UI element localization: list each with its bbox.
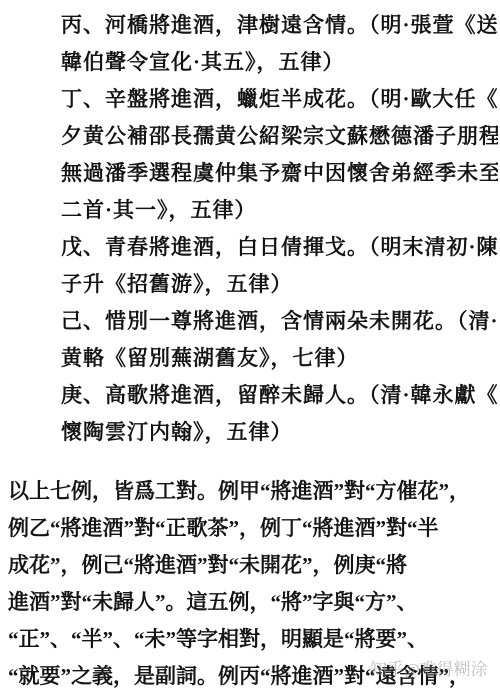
text-line: 二首·其一》，五律） bbox=[61, 192, 498, 229]
text-line: 進酒”對“未歸人”。這五例，“將”字與“方”、 bbox=[8, 584, 498, 621]
text-line: 子升《招舊游》，五律） bbox=[61, 266, 498, 303]
text-line: 己、惜別一尊將進酒，含情兩朵未開花。（清· bbox=[61, 303, 498, 340]
text-line: 韓伯聲令宣化·其五》，五律） bbox=[61, 44, 498, 81]
analysis-paragraph: 以上七例，皆爲工對。例甲“將進酒”對“方催花”， 例乙“將進酒”對“正歌茶”，例… bbox=[0, 473, 500, 695]
text-line: 例乙“將進酒”對“正歌茶”，例丁“將進酒”對“半 bbox=[8, 510, 498, 547]
text-line: 無過潘季選程虞仲集予齋中因懷舍弟經季未至 bbox=[61, 155, 498, 192]
page: 丙、河橋將進酒，津樹遠含情。（明·張萱《送 韓伯聲令宣化·其五》，五律） 丁、辛… bbox=[0, 0, 500, 697]
text-line: 庚、高歌將進酒，留醉未歸人。（清·韓永獻《寄 bbox=[61, 377, 498, 414]
text-line: 黄輅《留別蕪湖舊友》，七律） bbox=[61, 340, 498, 377]
text-line: “正”、“半”、“未”等字相對，明顯是“將要”、 bbox=[8, 621, 498, 658]
text-line: 戊、青春將進酒，白日倩揮戈。（明末清初·陳 bbox=[61, 229, 498, 266]
text-line: 以上七例，皆爲工對。例甲“將進酒”對“方催花”， bbox=[8, 473, 498, 510]
text-line: “就要”之義，是副詞。例丙“將進酒”對“遠含情”， bbox=[8, 658, 498, 695]
examples-paragraph: 丙、河橋將進酒，津樹遠含情。（明·張萱《送 韓伯聲令宣化·其五》，五律） 丁、辛… bbox=[0, 0, 500, 451]
text-line: 夕黄公補邵長孺黄公紹梁宗文蘇懋德潘子朋程 bbox=[61, 118, 498, 155]
text-line: 丙、河橋將進酒，津樹遠含情。（明·張萱《送 bbox=[61, 7, 498, 44]
text-line: 懷陶雲汀内翰》，五律） bbox=[61, 414, 498, 451]
text-line: 成花”，例己“將進酒”對“未開花”，例庚“將 bbox=[8, 547, 498, 584]
text-line: 丁、辛盤將進酒，蠟炬半成花。（明·歐大任《除 bbox=[61, 81, 498, 118]
